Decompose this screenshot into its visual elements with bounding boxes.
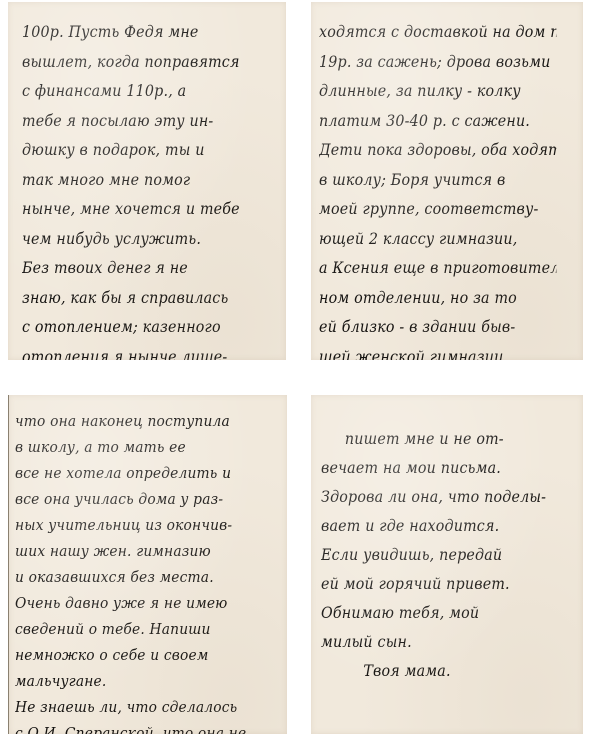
text-line: в школу, а то мать ее — [15, 434, 260, 460]
letter-page-4: пишет мне и не от- вечает на мои письма.… — [311, 395, 583, 734]
text-line: ших нашу жен. гимназию — [15, 538, 260, 564]
handwritten-text: пишет мне и не от- вечает на мои письма.… — [321, 425, 577, 686]
text-line: все не хотела определить и — [15, 460, 260, 486]
text-line: ходятся с доставкой на дом по — [319, 18, 556, 48]
text-line: а Ксения еще в приготовитель- — [319, 254, 556, 284]
text-line: длинные, за пилку - колку — [319, 77, 556, 107]
text-line: с отоплением; казенного — [22, 313, 259, 343]
text-line: ных учительниц из окончив- — [15, 512, 260, 538]
text-line: сведений о тебе. Напиши — [15, 616, 260, 642]
text-line: в школу; Боря учится в — [319, 166, 556, 196]
text-line: пишет мне и не от- — [321, 425, 557, 454]
signature: Твоя мама. — [321, 657, 557, 686]
text-line: ющей 2 классу гимназии, — [319, 225, 556, 255]
handwritten-text: ходятся с доставкой на дом по 19р. за са… — [319, 18, 577, 360]
text-line: с финансами 110р., а — [22, 77, 259, 107]
text-line: ей мой горячий привет. — [321, 570, 557, 599]
text-line: вает и где находится. — [321, 512, 557, 541]
text-line: моей группе, соответству- — [319, 195, 556, 225]
text-line: милый сын. — [321, 628, 557, 657]
text-line: Здорова ли она, что поделы- — [321, 483, 557, 512]
letter-page-1: 100р. Пусть Федя мне вышлет, когда попра… — [8, 2, 286, 360]
text-line: все она училась дома у раз- — [15, 486, 260, 512]
text-line: что она наконец поступила — [15, 408, 260, 434]
letter-page-2: ходятся с доставкой на дом по 19р. за са… — [311, 2, 583, 360]
text-line: Если увидишь, передай — [321, 541, 557, 570]
text-line: знаю, как бы я справилась — [22, 284, 259, 314]
text-line: вечает на мои письма. — [321, 454, 557, 483]
text-line: так много мне помог — [22, 166, 259, 196]
text-line: чем нибудь услужить. — [22, 225, 259, 255]
text-line: и оказавшихся без места. — [15, 564, 260, 590]
text-line: Очень давно уже я не имею — [15, 590, 260, 616]
text-line: платим 30-40 р. с сажени. — [319, 107, 556, 137]
text-line: шей женской гимназии — [319, 343, 556, 361]
text-line: Обнимаю тебя, мой — [321, 599, 557, 628]
text-line: отопления я нынче лише- — [22, 343, 259, 361]
text-line: мальчугане. — [15, 668, 260, 694]
text-line: немножко о себе и своем — [15, 642, 260, 668]
text-line: вышлет, когда поправятся — [22, 48, 259, 78]
text-line: Дети пока здоровы, оба ходят — [319, 136, 556, 166]
text-line: ей близко - в здании быв- — [319, 313, 556, 343]
handwritten-text: 100р. Пусть Федя мне вышлет, когда попра… — [22, 18, 280, 360]
text-line: с О.И. Сперанской, что она не — [15, 720, 260, 734]
text-line: ном отделении, но за то — [319, 284, 556, 314]
handwritten-text: что она наконец поступила в школу, а то … — [15, 408, 281, 734]
text-line: Не знаешь ли, что сделалось — [15, 694, 260, 720]
text-line: дюшку в подарок, ты и — [22, 136, 259, 166]
text-line: 19р. за сажень; дрова возьми — [319, 48, 556, 78]
text-line: Без твоих денег я не — [22, 254, 259, 284]
text-line: 100р. Пусть Федя мне — [22, 18, 259, 48]
text-line: нынче, мне хочется и тебе — [22, 195, 259, 225]
text-line: тебе я посылаю эту ин- — [22, 107, 259, 137]
letter-page-3: что она наконец поступила в школу, а то … — [8, 395, 287, 734]
